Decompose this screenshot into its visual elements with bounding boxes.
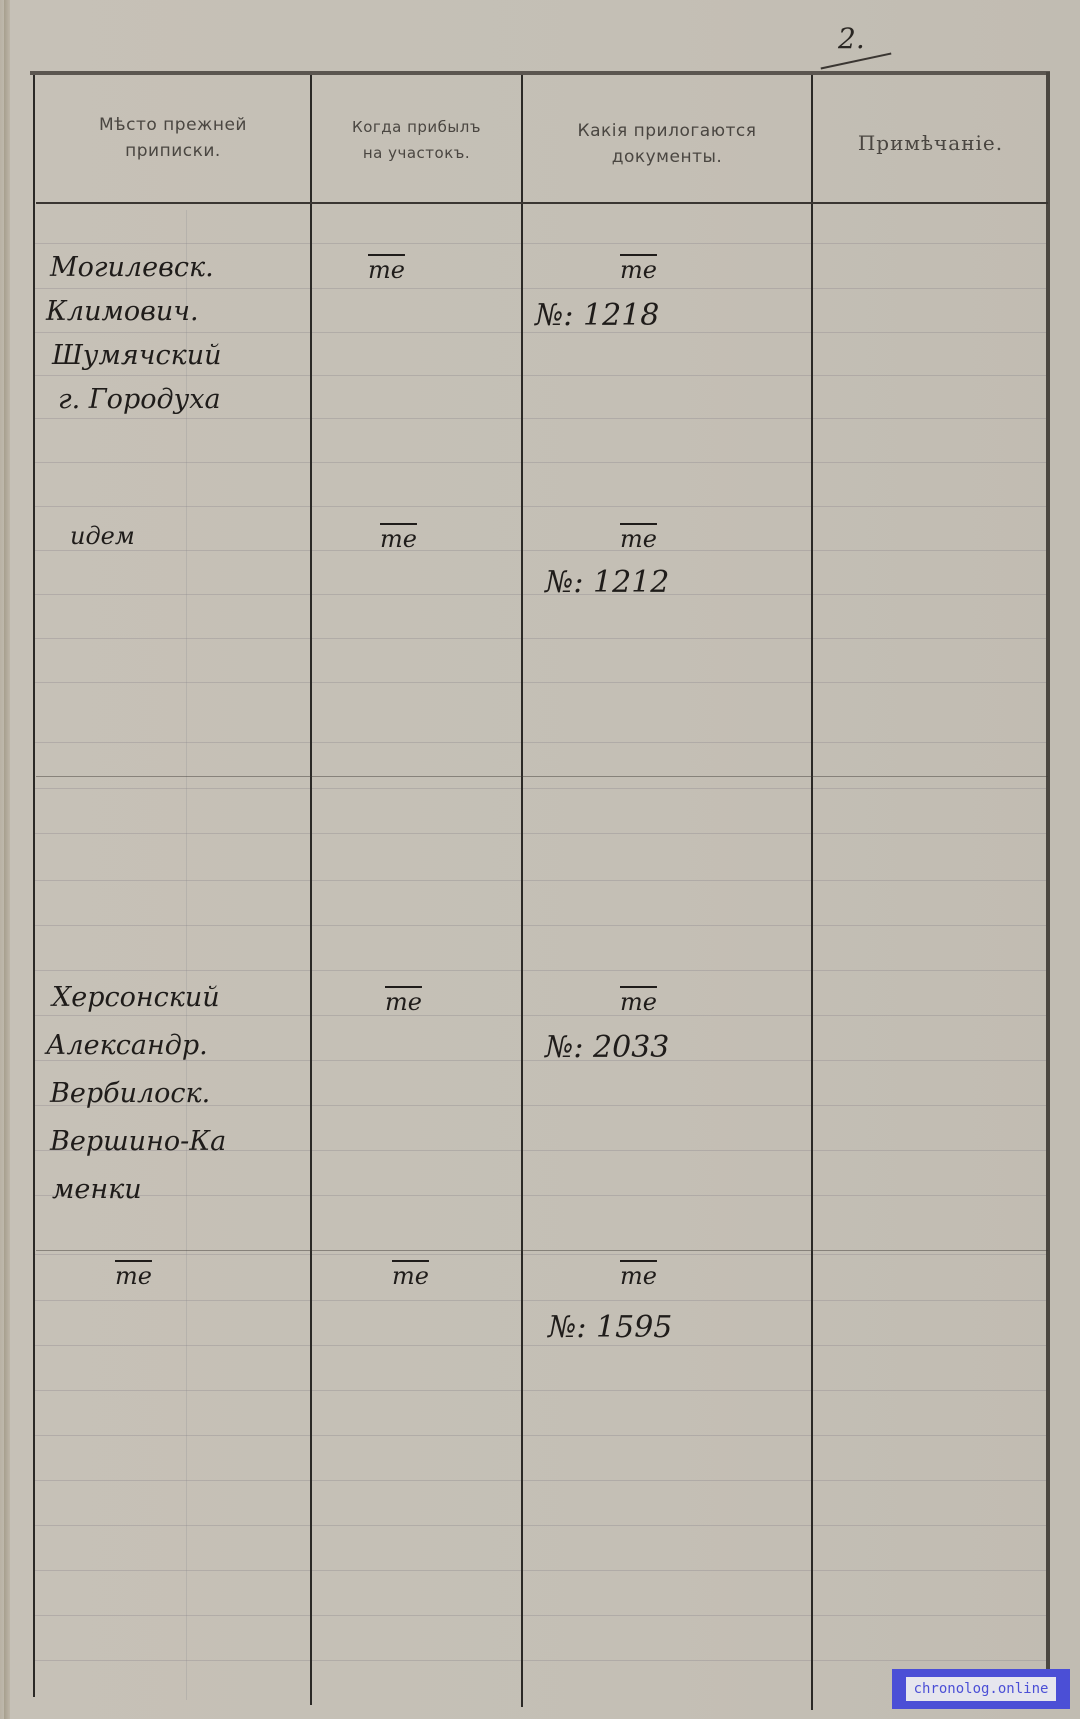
row-divider: [36, 1250, 1048, 1251]
document-number: №: 2033: [545, 1030, 669, 1065]
place-line: те: [115, 1262, 152, 1290]
documents-ditto: те: [620, 988, 657, 1016]
watermark-badge: chronolog.online: [892, 1669, 1070, 1709]
document-number: №: 1218: [535, 298, 659, 333]
header-line: документы.: [523, 144, 811, 170]
page-number: 2.: [838, 22, 865, 55]
table-top-border: [30, 71, 1050, 75]
arrived-ditto: те: [392, 1262, 429, 1290]
header-line: Когда прибылъ: [312, 114, 521, 140]
place-line: Вербилоск.: [50, 1078, 210, 1109]
header-line: приписки.: [36, 138, 310, 164]
place-line: Могилевск.: [50, 252, 214, 283]
header-notes: Примѣчаніе.: [813, 130, 1048, 156]
header-bottom-rule: [36, 202, 1048, 204]
table-left-border: [33, 75, 35, 1697]
place-line: Шумячский: [52, 340, 222, 371]
place-line: Херсонский: [52, 982, 220, 1013]
page-number-underline: [821, 53, 892, 70]
header-attached-documents: Какія прилогаются документы.: [523, 118, 811, 170]
documents-ditto: те: [620, 256, 657, 284]
document-number: №: 1212: [545, 565, 669, 600]
documents-ditto: те: [620, 1262, 657, 1290]
header-line: на участокъ.: [312, 140, 521, 166]
place-line: Александр.: [46, 1030, 208, 1061]
place-line: г. Городуха: [58, 384, 221, 415]
place-line: менки: [52, 1174, 142, 1205]
place-line: Вершино-Ка: [50, 1126, 226, 1157]
header-line: Какія прилогаются: [523, 118, 811, 144]
ledger-page: 2. Мѣсто прежней приписки. Когда прибылъ…: [0, 0, 1080, 1719]
column-divider-1: [310, 75, 312, 1705]
arrived-ditto: те: [380, 525, 417, 553]
row-divider: [36, 776, 1048, 777]
column-divider-3: [811, 75, 813, 1710]
page-binding-edge: [4, 0, 10, 1719]
arrived-ditto: те: [385, 988, 422, 1016]
arrived-ditto: те: [368, 256, 405, 284]
column-divider-2: [521, 75, 523, 1707]
watermark-text: chronolog.online: [906, 1677, 1057, 1701]
place-line: идем: [70, 522, 135, 550]
header-line: Примѣчаніе.: [813, 130, 1048, 156]
table-right-border: [1046, 72, 1050, 1697]
documents-ditto: те: [620, 525, 657, 553]
place-line: Климович.: [46, 296, 199, 327]
header-previous-registration: Мѣсто прежней приписки.: [36, 112, 310, 164]
header-line: Мѣсто прежней: [36, 112, 310, 138]
faint-column-rule: [186, 210, 187, 1700]
header-arrival-date: Когда прибылъ на участокъ.: [312, 114, 521, 166]
document-number: №: 1595: [548, 1310, 672, 1345]
